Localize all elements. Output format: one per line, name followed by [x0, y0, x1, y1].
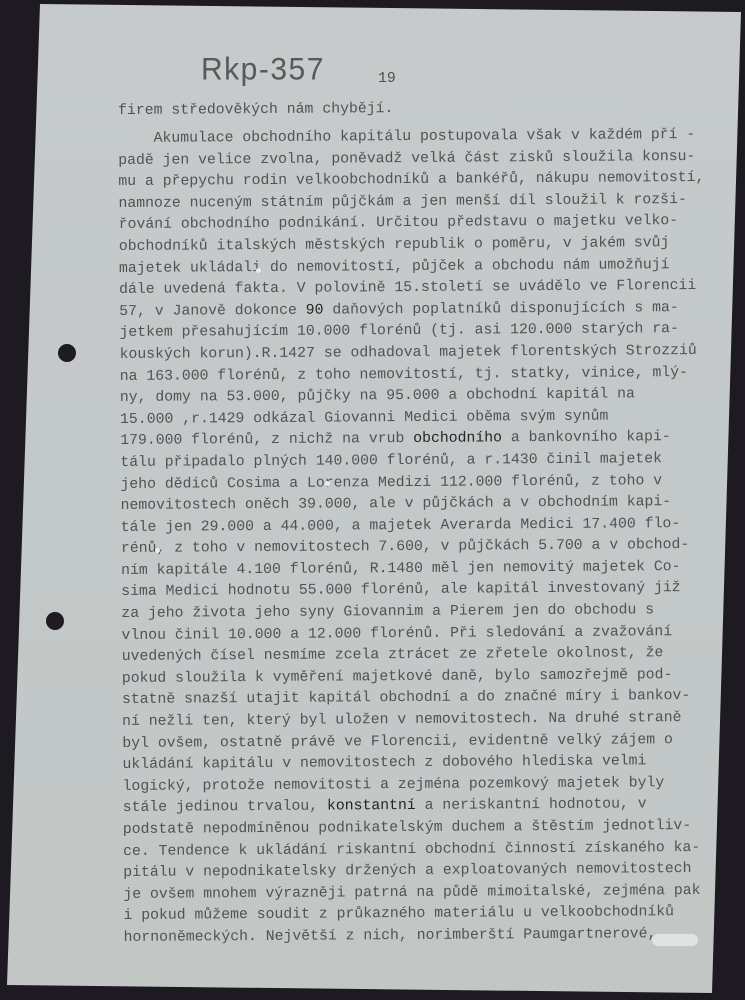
- continuation-line: firem středověkých nám chybějí.: [118, 99, 393, 123]
- paper-speck: [155, 548, 160, 553]
- punch-hole: [58, 344, 76, 362]
- correction-smudge: [652, 934, 698, 946]
- emphasized-word: obchodního: [413, 431, 502, 448]
- shelfmark-annotation: Rkp-357: [201, 52, 325, 88]
- body-paragraph: Akumulace obchodního kapitálu postupoval…: [118, 125, 710, 950]
- text-line: hornoněmeckých. Největší z nich, norimbe…: [124, 924, 710, 950]
- text-line: ny, domy na 53.000, půjčky na 95.000 a o…: [120, 384, 706, 410]
- typewritten-page: Rkp-357 19 firem středověkých nám chyběj…: [0, 0, 745, 1000]
- paper-speck: [256, 268, 261, 273]
- emphasized-word: konstantní: [327, 798, 416, 815]
- punch-hole: [46, 612, 64, 630]
- emphasized-word: 90: [306, 302, 324, 318]
- text-line: firem středověkých nám chybějí.: [118, 99, 393, 123]
- page-number: 19: [378, 71, 396, 87]
- paper-speck: [325, 481, 330, 486]
